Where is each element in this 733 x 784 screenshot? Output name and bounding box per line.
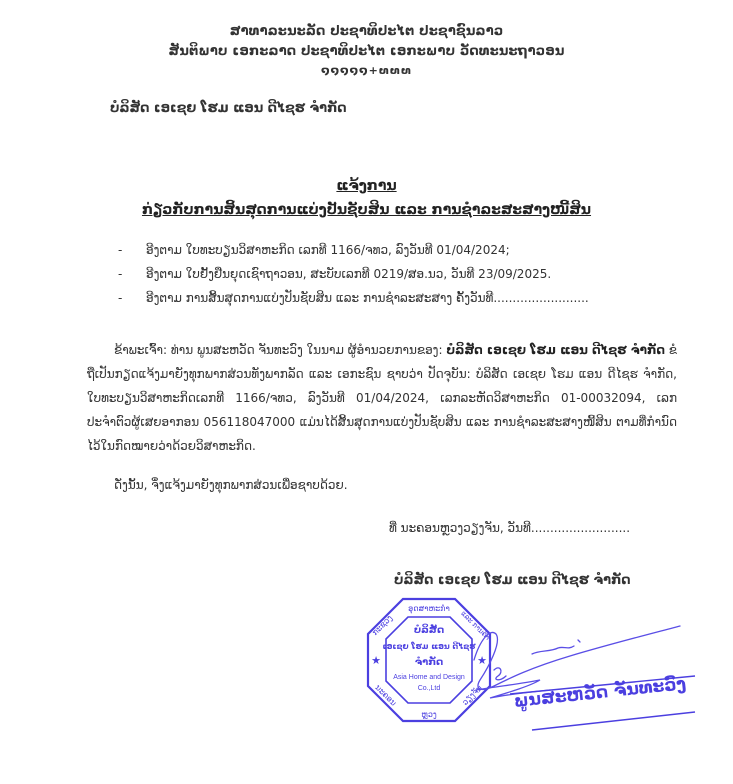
notice-subject: ກ່ຽວກັບການສິ້ນສຸດການແບ່ງປັນຊັບສິນ ແລະ ກາ…	[0, 202, 733, 218]
signatory-company: ບໍລິສັດ ເອເຊຍ ໂຮມ ແອນ ດີໄຊຮ ຈຳກັດ	[394, 573, 631, 588]
stamp-center-line3: ຈຳກັດ	[415, 655, 443, 668]
stamp-english-name: Asia Home and Design	[393, 674, 465, 681]
body-company-name: ບໍລິສັດ ເອເຊຍ ໂຮມ ແອນ ດີໄຊຮ ຈຳກັດ	[446, 343, 665, 357]
body-paragraph: ຂ້າພະເຈົ້າ: ທ່ານ ພູນສະຫວັດ ຈັນທະວົງ ໃນນາ…	[87, 338, 677, 458]
letterhead-motto: ສັນຕິພາບ ເອກະລາດ ປະຊາທິປະໄຕ ເອກະພາບ ວັດທ…	[0, 44, 733, 59]
place-date: ທີ່ ນະຄອນຫຼວງວຽງຈັນ, ວັນທີ..............…	[389, 521, 630, 535]
reference-item: -ອີງຕາມ ການສິ້ນສຸດການແບ່ງປັນຊັບສິນ ແລະ ກ…	[118, 286, 678, 310]
closing-sentence: ດັ່ງນັ້ນ, ຈຶ່ງແຈ້ງມາຍັງທຸກພາກສ່ວນເພື່ອຊາ…	[114, 478, 348, 492]
references-list: -ອີງຕາມ ໃບທະບຽນວິສາຫະກິດ ເລກທີ 1166/ຈທວ,…	[118, 238, 678, 310]
letterhead-ornament: ໑໑໑໑໑+໙໙໙	[0, 64, 733, 77]
stamp-center-line2: ເອເຊຍ ໂຮມ ແອນ ດີໄຊຮ	[383, 640, 477, 652]
letterhead-country: ສາທາລະນະລັດ ປະຊາທິປະໄຕ ປະຊາຊົນລາວ	[0, 24, 733, 39]
star-icon: ★	[371, 654, 381, 667]
stamp-center-line1: ບໍລິສັດ	[414, 622, 444, 636]
reference-item: -ອີງຕາມ ໃບຢັ້ງຢືນຍຸດເຊົາຖາວອນ, ສະບັບເລກທ…	[118, 262, 678, 286]
reference-item: -ອີງຕາມ ໃບທະບຽນວິສາຫະກິດ ເລກທີ 1166/ຈທວ,…	[118, 238, 678, 262]
sender-company: ບໍລິສັດ ເອເຊຍ ໂຮມ ແອນ ດີໄຊຮ ຈຳກັດ	[110, 101, 347, 116]
stamp-bottom-text: ຫຼວງ	[421, 710, 437, 720]
stamp-english-suffix: Co.,Ltd	[418, 685, 441, 692]
stamp-top-text: ອຸດສາຫະກຳ	[408, 604, 450, 615]
notice-title: ແຈ້ງການ	[0, 178, 733, 194]
